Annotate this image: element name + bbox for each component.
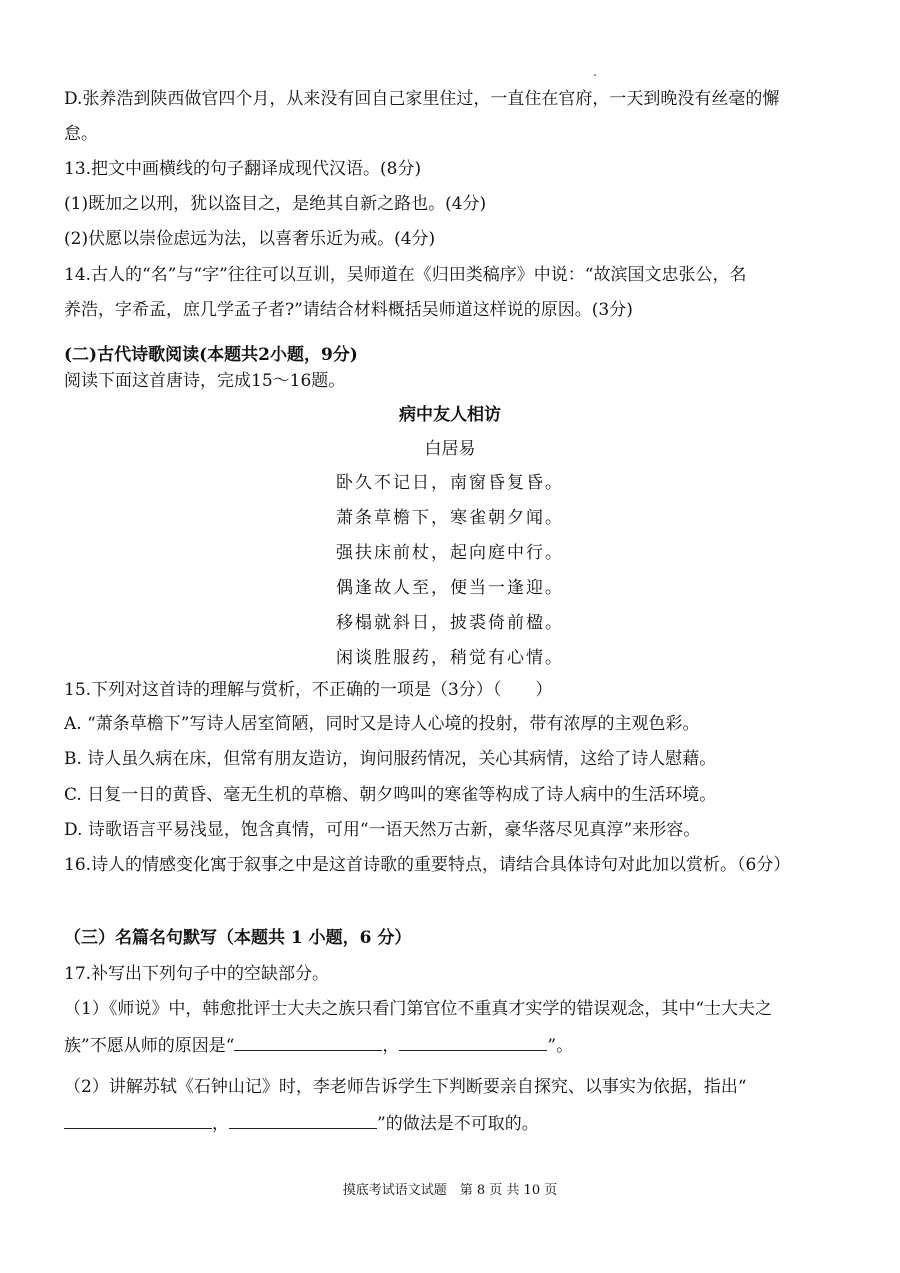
q13-item-1: (1)既加之以刑，犹以盗目之，是绝其自新之路也。(4分) bbox=[64, 193, 844, 215]
poem-line-2: 萧条草檐下，寒雀朝夕闻。 bbox=[0, 507, 900, 529]
q17-prompt: 17.补写出下列句子中的空缺部分。 bbox=[64, 963, 844, 985]
q13-item-2: (2)伏愿以崇俭虑远为法，以喜奢乐近为戒。(4分) bbox=[64, 228, 844, 250]
q17-item2-line1: （2）讲解苏轼《石钟山记》时，李老师告诉学生下判断要亲自探究、以事实为依据，指出… bbox=[64, 1076, 844, 1098]
q14-line1: 14.古人的“名”与“字”往往可以互训，吴师道在《归田类稿序》中说：“故滨国文忠… bbox=[64, 264, 844, 286]
q17-item2-separator: ， bbox=[212, 1114, 229, 1134]
q17-item1-line1: （1）《师说》中，韩愈批评士大夫之族只看门第官位不重真才实学的错误观念，其中“士… bbox=[64, 998, 844, 1020]
page-footer: 摸底考试语文试题 第 8 页 共 10 页 bbox=[0, 1180, 900, 1202]
q17-item2-line2: ，”的做法是不可取的。 bbox=[64, 1112, 844, 1135]
section2-heading: (二)古代诗歌阅读(本题共2小题，9分) bbox=[64, 344, 844, 366]
q17-item1-suffix: ”。 bbox=[547, 1036, 573, 1056]
q12-option-d-line1: D.张养浩到陕西做官四个月，从来没有回自己家里住过，一直住在官府，一天到晚没有丝… bbox=[64, 88, 844, 110]
q17-item1-separator: ， bbox=[382, 1036, 399, 1056]
q15-option-c: C. 日复一日的黄昏、毫无生机的草檐、朝夕鸣叫的寒雀等构成了诗人病中的生活环境。 bbox=[64, 784, 844, 806]
q15-option-b: B. 诗人虽久病在床，但常有朋友造访，询问服药情况，关心其病情，这给了诗人慰藉。 bbox=[64, 748, 844, 770]
q12-option-d-line2: 怠。 bbox=[64, 123, 844, 145]
poem-author: 白居易 bbox=[0, 438, 900, 460]
poem-title: 病中友人相访 bbox=[0, 404, 900, 426]
section3-heading: （三）名篇名句默写（本题共 1 小题，6 分） bbox=[64, 927, 844, 949]
section2-instruction: 阅读下面这首唐诗，完成15～16题。 bbox=[64, 370, 844, 392]
poem-line-3: 强扶床前杖，起向庭中行。 bbox=[0, 542, 900, 564]
answer-blank[interactable] bbox=[64, 1112, 212, 1129]
q14-line2: 养浩，字希孟，庶几学孟子者?”请结合材料概括吴师道这样说的原因。(3分) bbox=[64, 299, 844, 321]
poem-line-5: 移榻就斜日，披裘倚前楹。 bbox=[0, 612, 900, 634]
scan-speck bbox=[594, 74, 596, 76]
poem-line-6: 闲谈胜服药，稍觉有心情。 bbox=[0, 647, 900, 669]
q15-option-a: A. “萧条草檐下”写诗人居室简陋，同时又是诗人心境的投射，带有浓厚的主观色彩。 bbox=[64, 713, 844, 735]
q16-prompt: 16.诗人的情感变化寓于叙事之中是这首诗歌的重要特点，请结合具体诗句对此加以赏析… bbox=[64, 854, 844, 876]
q17-item1-line2: 族”不愿从师的原因是“，”。 bbox=[64, 1034, 844, 1057]
q15-option-d: D. 诗歌语言平易浅显，饱含真情，可用“一语天然万古新，豪华落尽见真淳”来形容。 bbox=[64, 819, 844, 841]
q13-prompt: 13.把文中画横线的句子翻译成现代汉语。(8分) bbox=[64, 158, 844, 180]
poem-line-4: 偶逢故人至，便当一逢迎。 bbox=[0, 577, 900, 599]
answer-blank[interactable] bbox=[399, 1034, 547, 1051]
q15-prompt: 15.下列对这首诗的理解与赏析，不正确的一项是（3分）（ ） bbox=[64, 679, 844, 701]
q17-item1-prefix: 族”不愿从师的原因是“ bbox=[64, 1036, 234, 1056]
answer-blank[interactable] bbox=[234, 1034, 382, 1051]
answer-blank[interactable] bbox=[229, 1112, 377, 1129]
poem-line-1: 卧久不记日，南窗昏复昏。 bbox=[0, 472, 900, 494]
q17-item2-suffix: ”的做法是不可取的。 bbox=[377, 1114, 539, 1134]
